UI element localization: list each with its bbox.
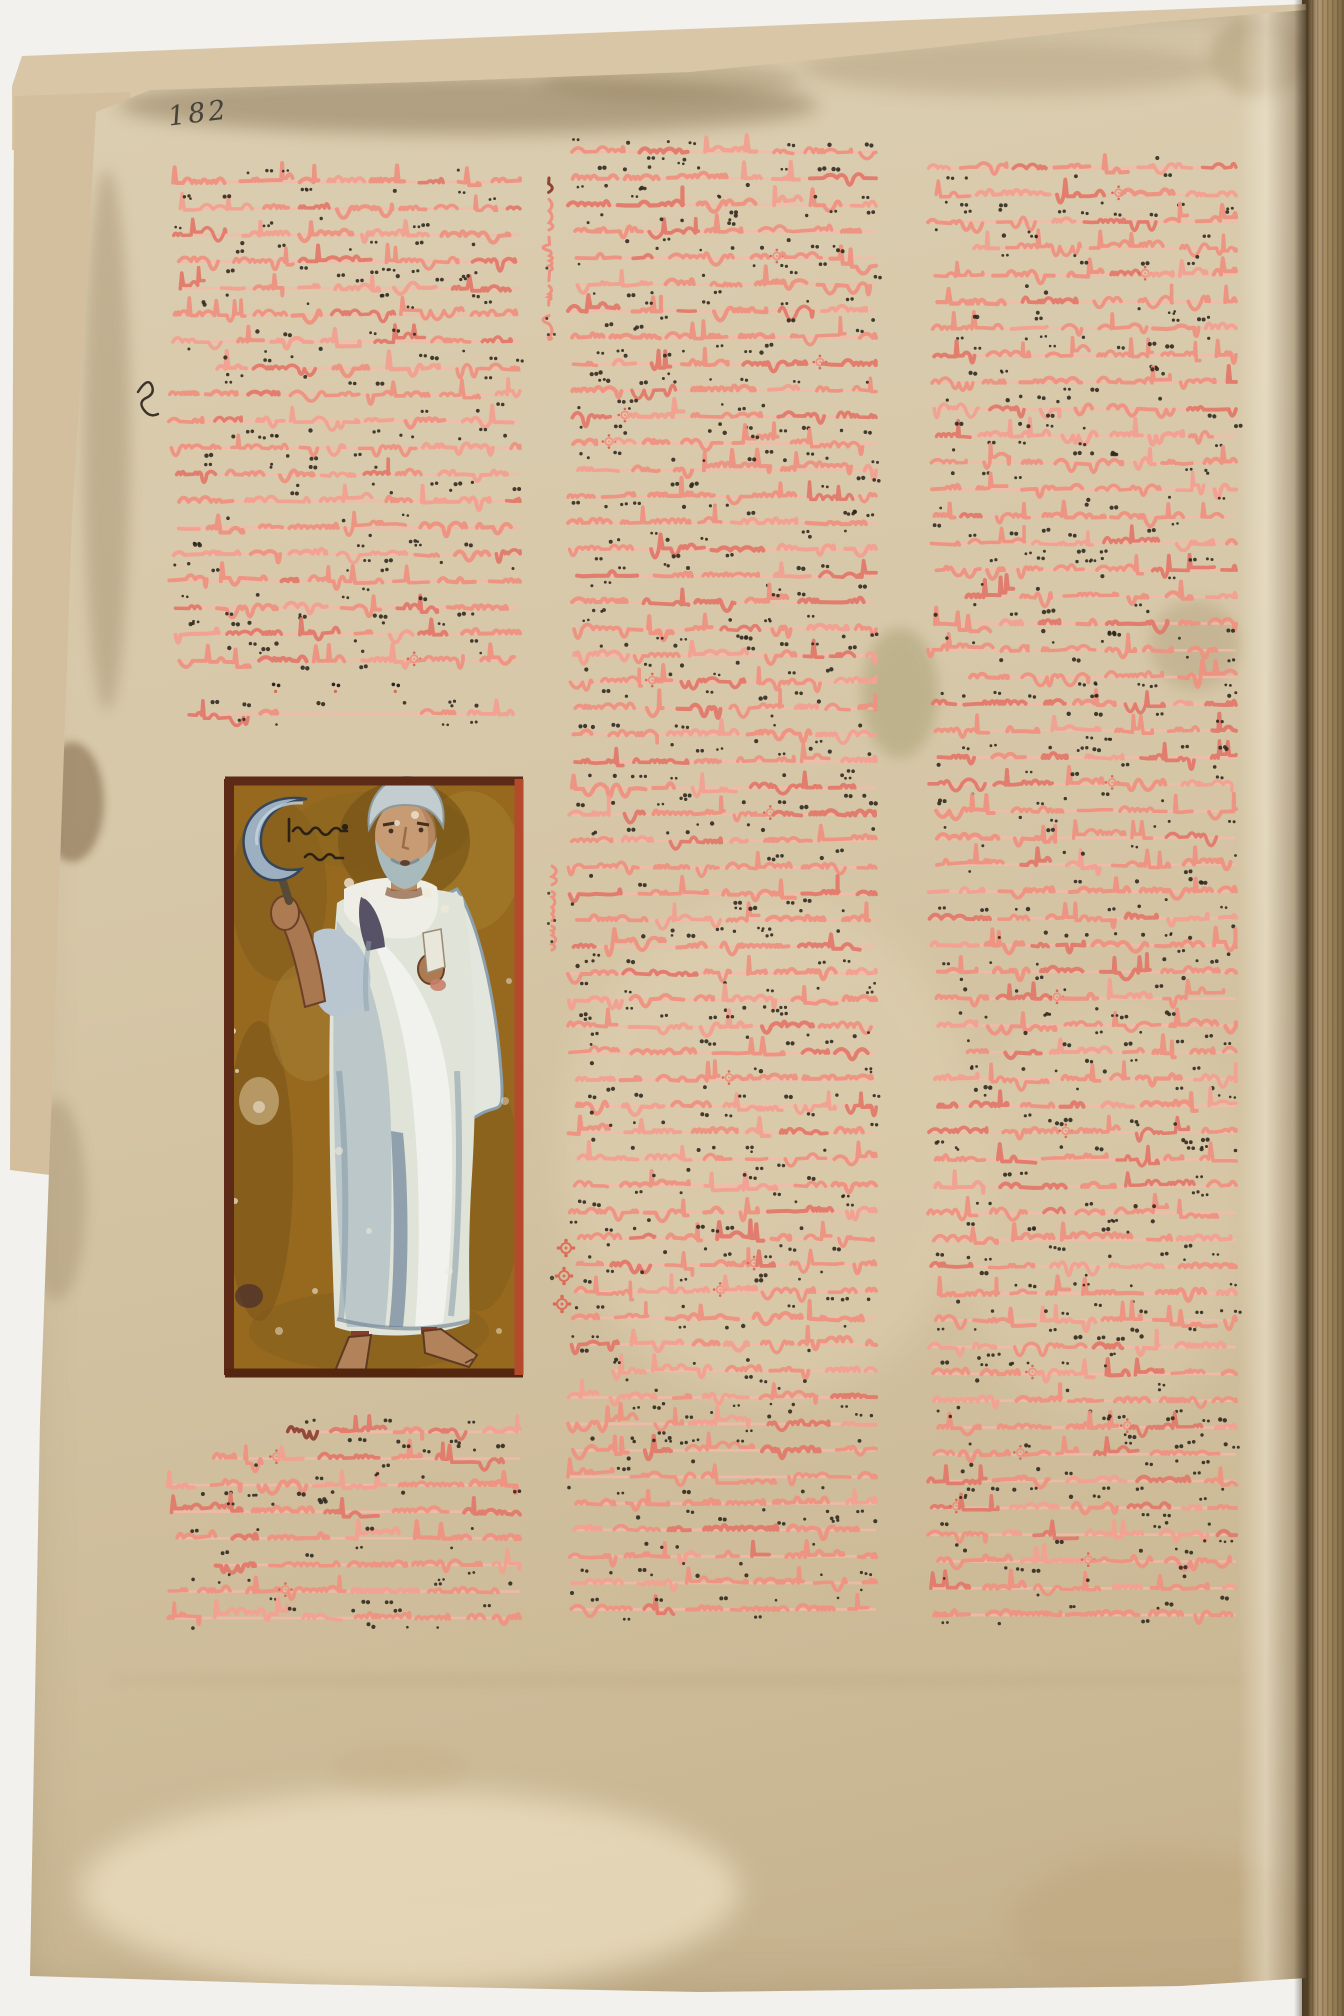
text-line (579, 1220, 877, 1251)
text-line (168, 1471, 521, 1497)
text-line (577, 1249, 876, 1278)
text-line (216, 1549, 520, 1576)
text-line (575, 745, 876, 773)
text-line (937, 741, 1237, 769)
text-line (575, 690, 876, 718)
text-line (572, 584, 876, 613)
text-line (568, 1404, 876, 1435)
text-line (938, 1088, 1236, 1117)
text-line (934, 1602, 1236, 1626)
text-line (931, 1494, 1236, 1517)
text-line (936, 180, 1236, 208)
held-object-pink (430, 979, 446, 991)
text-line (577, 903, 876, 933)
text-line (929, 877, 1236, 901)
text-column-right (928, 155, 1243, 1625)
text-line (217, 351, 524, 380)
text-line (176, 619, 520, 646)
text-column-left-upper (169, 163, 524, 726)
text-line (569, 797, 878, 826)
eye-right (419, 828, 424, 833)
text-line (577, 266, 881, 297)
text-line (572, 135, 876, 165)
text-line (288, 1416, 520, 1445)
text-line (171, 1494, 520, 1517)
text-line (571, 1327, 876, 1354)
text-line (574, 615, 878, 641)
mouth (400, 860, 410, 866)
text-line (189, 700, 513, 726)
text-line (572, 826, 876, 853)
text-line (931, 526, 1236, 555)
text-line (930, 903, 1236, 928)
text-line (936, 555, 1236, 580)
text-line (173, 325, 520, 353)
text-line (179, 512, 520, 537)
held-scroll (423, 929, 445, 973)
text-line (931, 444, 1236, 475)
vertical-gutter-note (547, 866, 557, 950)
text-line (936, 794, 1236, 823)
text-line (966, 575, 1236, 607)
text-line (932, 928, 1237, 956)
text-line (931, 1571, 1236, 1601)
text-line (575, 215, 876, 243)
text-line (938, 1544, 1236, 1573)
text-line (169, 563, 520, 591)
text-line (573, 929, 876, 957)
text-line (179, 245, 520, 275)
text-line (928, 204, 1236, 234)
text-line (570, 1568, 876, 1595)
manuscript-page: 182 (0, 0, 1344, 2016)
text-line (938, 1010, 1236, 1039)
rosette-mark (553, 1295, 572, 1314)
text-line (939, 1276, 1237, 1307)
text-line (179, 644, 520, 670)
text-line (935, 1171, 1236, 1196)
text-line (169, 405, 520, 433)
text-line (570, 665, 876, 695)
text-line (933, 690, 1238, 716)
text-column-middle (567, 135, 882, 1620)
margin-pen-mark (138, 382, 158, 415)
prophet-miniature (219, 771, 529, 1383)
text-line (928, 1521, 1236, 1547)
text-line (573, 1433, 876, 1463)
text-line (576, 1275, 877, 1302)
text-line (974, 230, 1236, 259)
text-line (936, 1301, 1242, 1332)
text-line (933, 1359, 1236, 1386)
text-line (928, 1195, 1236, 1226)
text-line (171, 434, 520, 461)
photo-backdrop: 182 (0, 0, 1344, 2016)
text-line (970, 660, 1236, 688)
text-line (173, 539, 520, 566)
text-line (573, 162, 876, 191)
text-line (934, 1384, 1236, 1413)
text-line (174, 298, 520, 323)
text-line (169, 1577, 520, 1605)
text-line (577, 245, 877, 274)
text-line (929, 767, 1236, 796)
rosette-mark (557, 1239, 576, 1258)
text-line (568, 1009, 876, 1038)
text-line (571, 1595, 876, 1621)
text-line (576, 1490, 876, 1514)
text-layer (0, 0, 1344, 2016)
text-line (574, 641, 876, 668)
vertical-gutter-note (543, 178, 556, 340)
rosette-mark (555, 1267, 574, 1286)
text-line (934, 1437, 1240, 1467)
text-line (935, 714, 1236, 741)
text-line (175, 593, 520, 620)
text-line (929, 1331, 1236, 1360)
text-line (168, 1598, 520, 1630)
text-line (568, 957, 876, 986)
text-line (272, 683, 400, 693)
text-line (574, 1515, 877, 1539)
text-line (577, 561, 876, 589)
text-line (569, 1117, 879, 1142)
eye-left (389, 829, 394, 834)
text-line (928, 155, 1236, 180)
text-line (572, 318, 876, 348)
text-line (935, 258, 1236, 288)
text-line (936, 418, 1242, 447)
text-line (937, 821, 1236, 849)
text-line (173, 163, 520, 194)
text-line (934, 1224, 1236, 1251)
text-line (572, 772, 876, 801)
text-line (568, 505, 876, 534)
text-line (177, 459, 520, 487)
text-line (928, 634, 1236, 663)
text-line (936, 1143, 1238, 1166)
text-line (170, 379, 520, 407)
text-line (931, 1252, 1236, 1277)
text-line (570, 1038, 876, 1066)
text-line (570, 534, 877, 560)
text-line (570, 1199, 877, 1224)
text-line (572, 399, 876, 430)
binding-crease-shadow (1294, 0, 1316, 2016)
text-line (568, 295, 876, 322)
text-line (174, 219, 520, 248)
text-line (179, 486, 521, 511)
text-line (613, 1355, 876, 1383)
text-line (573, 1301, 876, 1329)
text-line (177, 1521, 520, 1549)
text-line (937, 845, 1237, 874)
text-line (579, 1142, 877, 1172)
text-line (573, 423, 876, 456)
text-line (577, 1092, 881, 1117)
text-line (967, 1035, 1236, 1063)
text-line (570, 876, 876, 906)
text-line (932, 473, 1236, 502)
text-line (572, 377, 876, 404)
text-line (936, 980, 1236, 1010)
text-line (575, 1171, 877, 1198)
text-line (938, 1412, 1236, 1439)
text-line (937, 285, 1236, 315)
text-line (568, 478, 876, 509)
text-line (573, 349, 876, 377)
text-line (934, 608, 1237, 637)
text-line (567, 1459, 876, 1489)
text-line (929, 1117, 1236, 1145)
text-line (568, 853, 876, 878)
text-line (578, 450, 881, 483)
text-line (932, 366, 1236, 392)
text-line (574, 720, 876, 746)
text-line (569, 1380, 877, 1409)
text-line (568, 187, 876, 218)
text-line (933, 312, 1236, 340)
text-column-left-lower (168, 1416, 521, 1630)
text-line (570, 1541, 876, 1566)
text-line (180, 268, 520, 299)
text-line (934, 395, 1236, 419)
text-line (214, 1440, 520, 1471)
text-line (938, 954, 1236, 981)
text-line (569, 985, 876, 1012)
text-line (933, 502, 1236, 528)
text-line (180, 193, 520, 220)
text-line (934, 338, 1236, 369)
text-line (928, 1466, 1236, 1492)
text-line (577, 1061, 876, 1092)
text-line (935, 1062, 1236, 1092)
